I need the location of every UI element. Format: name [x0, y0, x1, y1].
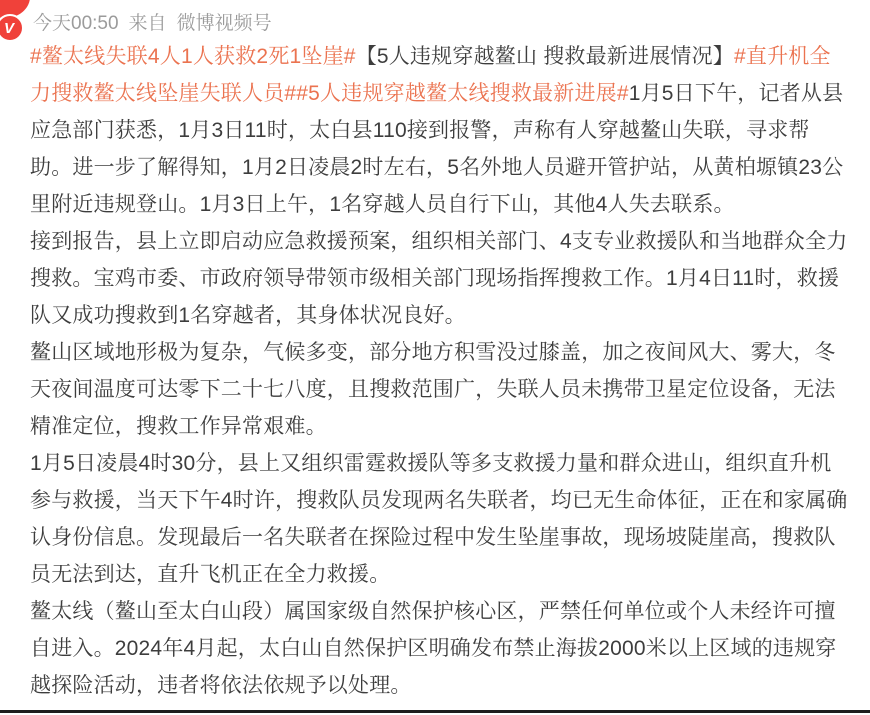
post-paragraph: 鳌太线（鳌山至太白山段）属国家级自然保护核心区，严禁任何单位或个人未经许可擅自进… [30, 593, 848, 704]
hashtag-link[interactable]: #鳌太线失联4人1人获救2死1坠崖# [30, 45, 356, 68]
weibo-video-v-badge-icon[interactable]: V [0, 14, 24, 42]
v-badge-letter: V [4, 21, 14, 36]
paragraph-text: 【5人违规穿越鳌山 搜救最新进展情况】 [356, 45, 734, 68]
paragraph-text: 1月5日凌晨4时30分，县上又组织雷霆救援队等多支救援力量和群众进山，组织直升机… [30, 452, 847, 586]
paragraph-text: 鳌太线（鳌山至太白山段）属国家级自然保护核心区，严禁任何单位或个人未经许可擅自进… [30, 600, 837, 697]
post-timestamp[interactable]: 今天00:50 [33, 13, 119, 34]
source-link[interactable]: 微博视频号 [177, 13, 272, 34]
post-paragraph: 鳌山区域地形极为复杂，气候多变，部分地方积雪没过膝盖，加之夜间风大、雾大，冬天夜… [30, 334, 848, 445]
post-body: #鳌太线失联4人1人获救2死1坠崖#【5人违规穿越鳌山 搜救最新进展情况】#直升… [30, 38, 848, 704]
post-meta-row: 今天00:50来自微博视频号 [33, 8, 282, 35]
hashtag-link[interactable]: #5人违规穿越鳌太线搜救最新进展# [296, 82, 628, 105]
paragraph-text: 接到报告，县上立即启动应急救援预案，组织相关部门、4支专业救援队和当地群众全力搜… [30, 230, 847, 327]
post-paragraph: #鳌太线失联4人1人获救2死1坠崖#【5人违规穿越鳌山 搜救最新进展情况】#直升… [30, 38, 848, 223]
source-prefix: 来自 [129, 13, 167, 34]
post-paragraph: 1月5日凌晨4时30分，县上又组织雷霆救援队等多支救援力量和群众进山，组织直升机… [30, 445, 848, 593]
post-paragraph: 接到报告，县上立即启动应急救援预案，组织相关部门、4支专业救援队和当地群众全力搜… [30, 223, 848, 334]
paragraph-text: 鳌山区域地形极为复杂，气候多变，部分地方积雪没过膝盖，加之夜间风大、雾大，冬天夜… [30, 341, 836, 438]
video-player-top-edge [0, 710, 870, 713]
